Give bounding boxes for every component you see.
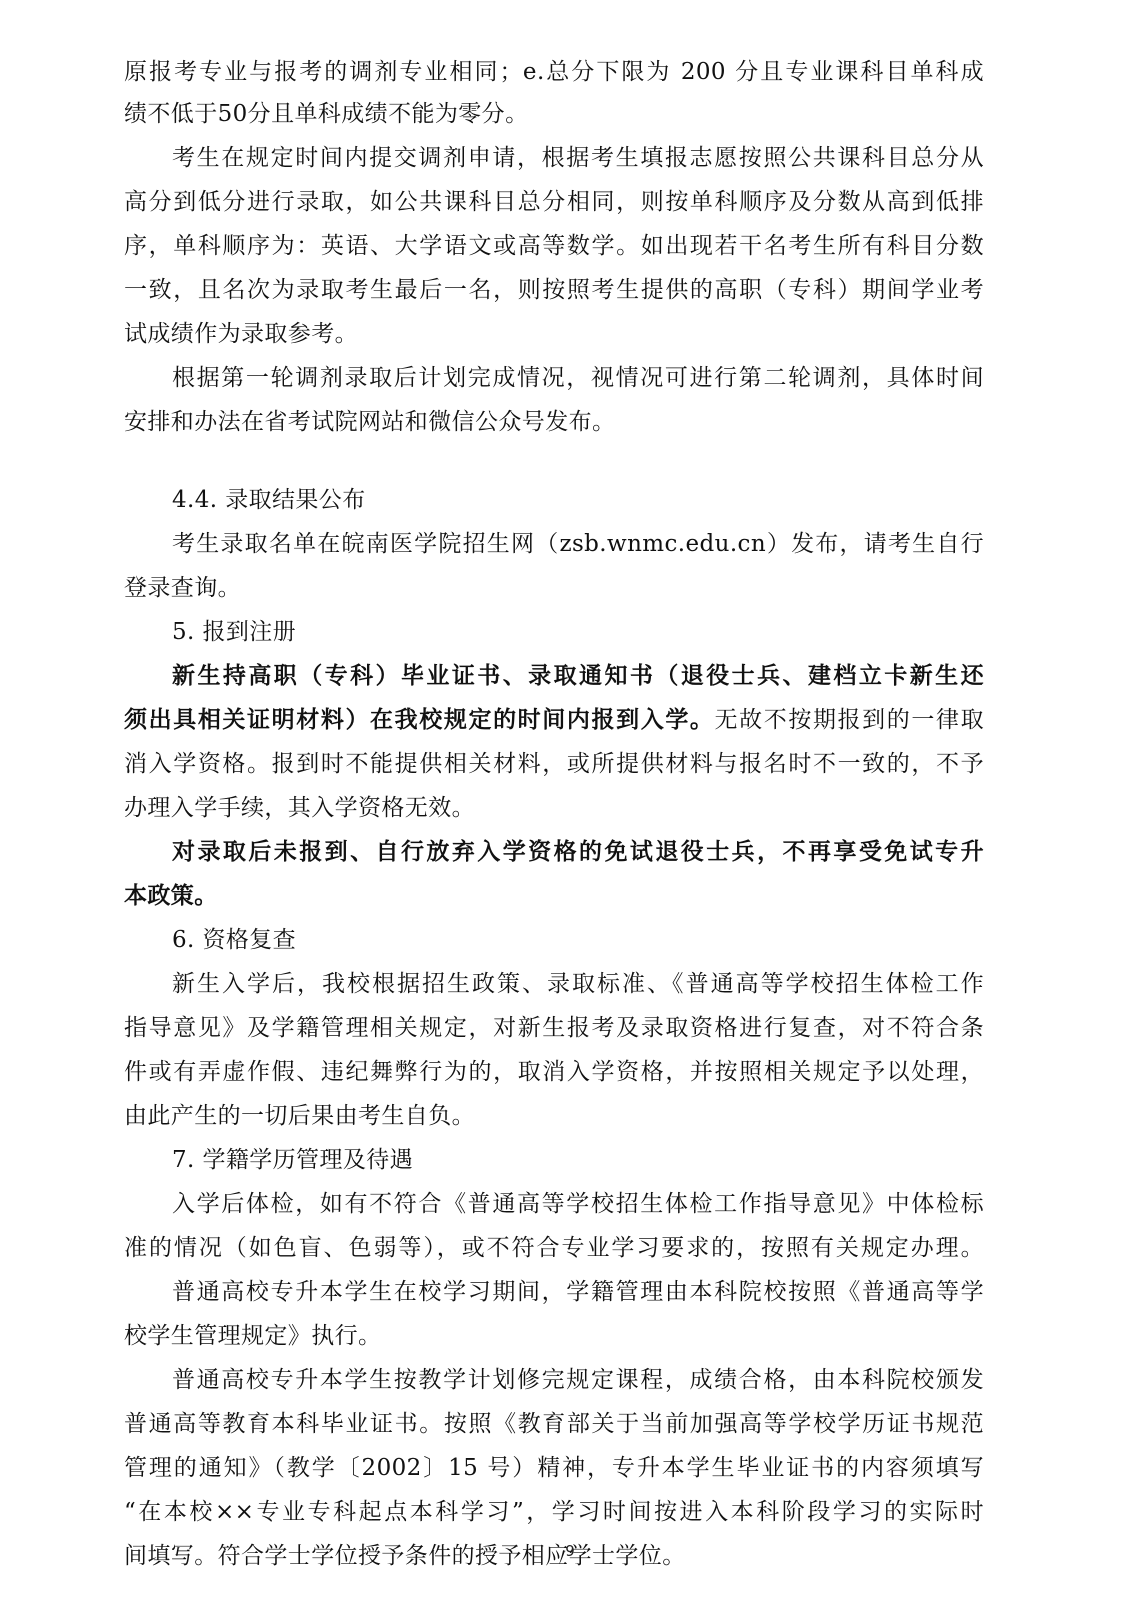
- text-line: 普通高等教育本科毕业证书。按照《教育部关于当前加强高等学校学历证书规范: [124, 1404, 984, 1444]
- document-page: 原报考专业与报考的调剂专业相同；e.总分下限为 200 分且专业课科目单科成绩不…: [0, 0, 1140, 1616]
- text-line: 根据第一轮调剂录取后计划完成情况，视情况可进行第二轮调剂，具体时间: [172, 358, 984, 398]
- text-line: 一致，且名次为录取考生最后一名，则按照考生提供的高职（专科）期间学业考: [124, 270, 984, 310]
- text-line: 由此产生的一切后果由考生自负。: [124, 1096, 984, 1136]
- text-line: 试成绩作为录取参考。: [124, 314, 984, 354]
- text-line: 原报考专业与报考的调剂专业相同；e.总分下限为 200 分且专业课科目单科成: [124, 52, 984, 92]
- text-line: 入学后体检，如有不符合《普通高等学校招生体检工作指导意见》中体检标: [172, 1184, 984, 1224]
- text-line: 对录取后未报到、自行放弃入学资格的免试退役士兵，不再享受免试专升: [172, 832, 984, 872]
- text-line: 件或有弄虚作假、违纪舞弊行为的，取消入学资格，并按照相关规定予以处理，: [124, 1052, 984, 1092]
- text-line: 序，单科顺序为：英语、大学语文或高等数学。如出现若干名考生所有科目分数: [124, 226, 984, 266]
- text-line: 指导意见》及学籍管理相关规定，对新生报考及录取资格进行复查，对不符合条: [124, 1008, 984, 1048]
- text-line: 普通高校专升本学生在校学习期间，学籍管理由本科院校按照《普通高等学: [172, 1272, 984, 1312]
- text-line: 5. 报到注册: [172, 612, 984, 652]
- text-segment: 无故不按期报到的一律取: [715, 707, 984, 733]
- text-line: 6. 资格复查: [172, 920, 984, 960]
- text-line: 安排和办法在省考试院网站和微信公众号发布。: [124, 402, 984, 442]
- text-line: 办理入学手续，其入学资格无效。: [124, 788, 984, 828]
- bold-text-segment: 须出具相关证明材料）在我校规定的时间内报到入学。: [124, 706, 715, 733]
- text-line: 消入学资格。报到时不能提供相关材料，或所提供材料与报名时不一致的，不予: [124, 744, 984, 784]
- text-line: “在本校××专业专科起点本科学习”，学习时间按进入本科阶段学习的实际时: [124, 1492, 984, 1532]
- text-line: 考生在规定时间内提交调剂申请，根据考生填报志愿按照公共课科目总分从: [172, 138, 984, 178]
- text-line: 新生持高职（专科）毕业证书、录取通知书（退役士兵、建档立卡新生还: [172, 656, 984, 696]
- text-line: 新生入学后，我校根据招生政策、录取标准、《普通高等学校招生体检工作: [172, 964, 984, 1004]
- text-line: 考生录取名单在皖南医学院招生网（zsb.wnmc.edu.cn）发布，请考生自行: [172, 524, 984, 564]
- text-line: 绩不低于50分且单科成绩不能为零分。: [124, 94, 984, 134]
- text-line: 4.4. 录取结果公布: [172, 480, 984, 520]
- text-line: 高分到低分进行录取，如公共课科目总分相同，则按单科顺序及分数从高到低排: [124, 182, 984, 222]
- text-line: 普通高校专升本学生按教学计划修完规定课程，成绩合格，由本科院校颁发: [172, 1360, 984, 1400]
- text-line: 登录查询。: [124, 568, 984, 608]
- text-line: 管理的通知》（教学〔2002〕15 号）精神，专升本学生毕业证书的内容须填写: [124, 1448, 984, 1488]
- text-line: 7. 学籍学历管理及待遇: [172, 1140, 984, 1180]
- text-line: 准的情况（如色盲、色弱等），或不符合专业学习要求的，按照有关规定办理。: [124, 1228, 984, 1268]
- text-line: 本政策。: [124, 876, 984, 916]
- page-number: 9: [0, 1542, 1140, 1560]
- text-line: 须出具相关证明材料）在我校规定的时间内报到入学。无故不按期报到的一律取: [124, 700, 984, 740]
- text-line: 校学生管理规定》执行。: [124, 1316, 984, 1356]
